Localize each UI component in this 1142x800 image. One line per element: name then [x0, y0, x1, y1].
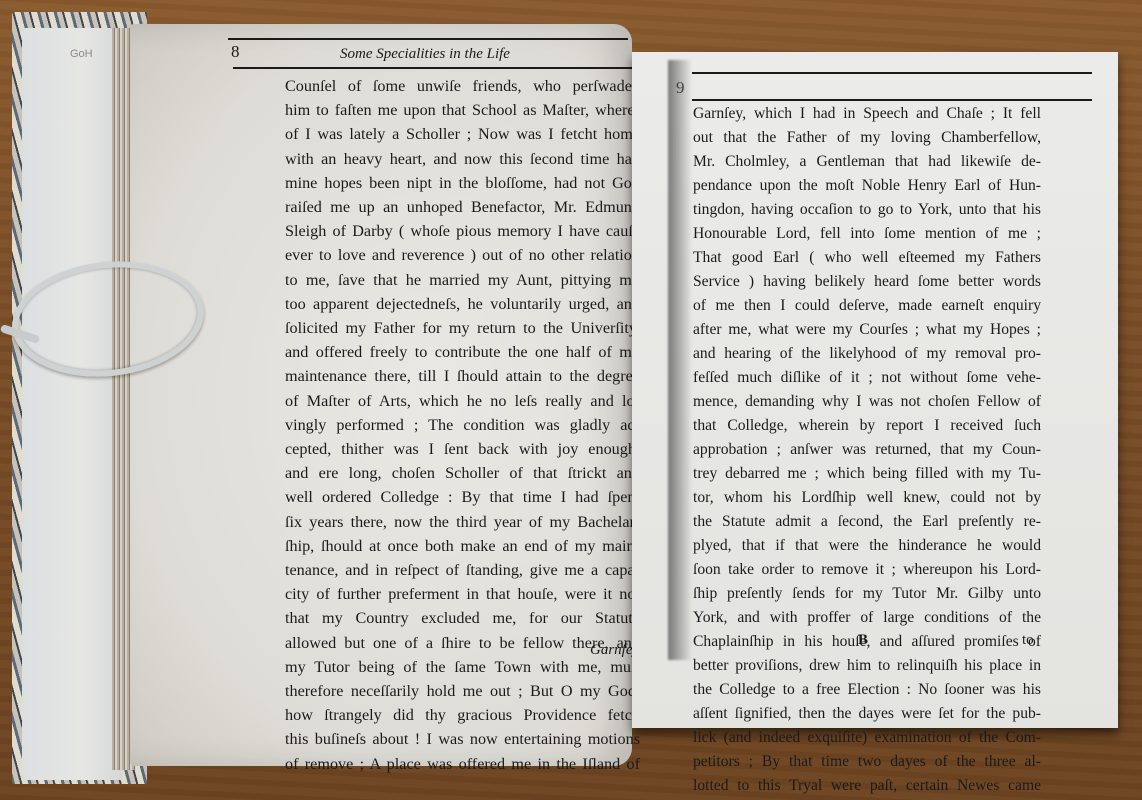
head-rule-top: [228, 38, 628, 40]
flyleaf: [22, 28, 122, 780]
text-line: aſſent ſignified, then the dayes were ſe…: [693, 702, 1041, 726]
text-line: Garnſey, which I had in Speech and Chaſe…: [693, 102, 1041, 126]
text-line: and hearing of the likelyhood of my remo…: [693, 342, 1041, 366]
text-line: Honourable Lord, fell into ſome mention …: [693, 222, 1041, 246]
text-line: petitors ; By that time two dayes of the…: [693, 750, 1041, 774]
text-line: ſoon take order to remove it ; whereupon…: [693, 558, 1041, 582]
text-line: Counſel of ſome unwiſe friends, who perſ…: [285, 74, 640, 98]
catchword-right: to: [1022, 632, 1034, 649]
text-line: after me, what were my Courſes ; what my…: [693, 318, 1041, 342]
text-line: him to faſten me upon that School as Maſ…: [285, 98, 640, 122]
text-line: ſhip, ſhould at once both make an end of…: [285, 534, 640, 558]
text-line: of remove ; A place was offered me in th…: [285, 752, 640, 776]
text-line: that my Country excluded me, for our Sta…: [285, 606, 640, 630]
signature-mark: B: [858, 632, 868, 649]
text-line: better proviſions, drew him to relinquiſ…: [693, 654, 1041, 678]
text-line: and offered freely to contribute the one…: [285, 340, 640, 364]
text-line: out that the Father of my loving Chamber…: [693, 126, 1041, 150]
text-line: That good Earl ( who well eſteemed my Fa…: [693, 246, 1041, 270]
text-line: Service ) having belikely heard ſome bet…: [693, 270, 1041, 294]
text-line: Mr. Cholmley, a Gentleman that had likew…: [693, 150, 1041, 174]
text-line: feſſed much diſlike of it ; not without …: [693, 366, 1041, 390]
text-line: the Colledge to a free Election : No ſoo…: [693, 678, 1041, 702]
text-line: city of further preferment in that houſe…: [285, 582, 640, 606]
text-line: the Statute admit a ſecond, the Earl pre…: [693, 510, 1041, 534]
pencil-note: GoH: [70, 48, 93, 60]
text-line: tenance, and in reſpect of ſtanding, giv…: [285, 558, 640, 582]
left-page-text: Counſel of ſome unwiſe friends, who perſ…: [285, 74, 640, 776]
text-line: plyed, that if that were the hinderance …: [693, 534, 1041, 558]
running-head: Some Specialities in the Life: [340, 46, 510, 63]
text-line: vingly performed ; The condition was gla…: [285, 413, 640, 437]
right-head-rule-top: [692, 72, 1092, 74]
text-line: ſhip preſently ſends for my Tutor Mr. Gi…: [693, 582, 1041, 606]
text-line: with an heavy heart, and now this ſecond…: [285, 147, 640, 171]
text-line: of Maſter of Arts, which he no leſs real…: [285, 389, 640, 413]
right-page-text: Garnſey, which I had in Speech and Chaſe…: [693, 102, 1041, 798]
text-line: cepted, thither was I ſent back with joy…: [285, 437, 640, 461]
text-line: therefore neceſſarily hold me out ; But …: [285, 679, 640, 703]
text-line: this buſineſs about ! I was now entertai…: [285, 727, 640, 751]
text-line: maintenance there, till I ſhould attain …: [285, 364, 640, 388]
text-line: York, and with proffer of large conditio…: [693, 606, 1041, 630]
text-line: to me, ſave that he married my Aunt, pit…: [285, 268, 640, 292]
text-line: well ordered Colledge : By that time I h…: [285, 485, 640, 509]
text-line: approbation ; anſwer was returned, that …: [693, 438, 1041, 462]
text-line: mine hopes been nipt in the bloſſome, ha…: [285, 171, 640, 195]
text-line: of me then I could deſerve, made earneſt…: [693, 294, 1041, 318]
text-line: trey debarred me ; which being filled wi…: [693, 462, 1041, 486]
text-line: tor, whom his Lordſhip well knew, could …: [693, 486, 1041, 510]
text-line: Sleigh of Darby ( whoſe pious memory I h…: [285, 219, 640, 243]
text-line: tingdon, having occaſion to go to York, …: [693, 198, 1041, 222]
gutter-shadow: [668, 60, 692, 660]
text-line: of I was lately a Scholler ; Now was I f…: [285, 122, 640, 146]
folio-left: 8: [231, 42, 240, 62]
text-line: lotted to this Tryal were paſt, certain …: [693, 774, 1041, 798]
right-head-rule-bottom: [692, 99, 1092, 101]
text-line: that Colledge, wherein by report I recei…: [693, 414, 1041, 438]
text-line: raiſed me up an unhoped Benefactor, Mr. …: [285, 195, 640, 219]
text-line: mence, demanding why I was not choſen Fe…: [693, 390, 1041, 414]
text-line: my Tutor being of the ſame Town with me,…: [285, 655, 640, 679]
text-line: ever to love and reverence ) out of no o…: [285, 243, 640, 267]
text-line: and ere long, choſen Scholler of that ſt…: [285, 461, 640, 485]
text-line: lick (and indeed exquiſite) examination …: [693, 726, 1041, 750]
text-line: allowed but one of a ſhire to be fellow …: [285, 631, 640, 655]
folio-right: 9: [676, 78, 685, 98]
text-line: ſolicited my Father for my return to the…: [285, 316, 640, 340]
text-line: pendance upon the moſt Noble Henry Earl …: [693, 174, 1041, 198]
text-line: ſix years there, now the third year of m…: [285, 510, 640, 534]
text-line: too apparent dejectedneſs, he voluntaril…: [285, 292, 640, 316]
text-line: how ſtrangely did thy gracious Providenc…: [285, 703, 640, 727]
head-rule-bottom: [233, 67, 633, 69]
